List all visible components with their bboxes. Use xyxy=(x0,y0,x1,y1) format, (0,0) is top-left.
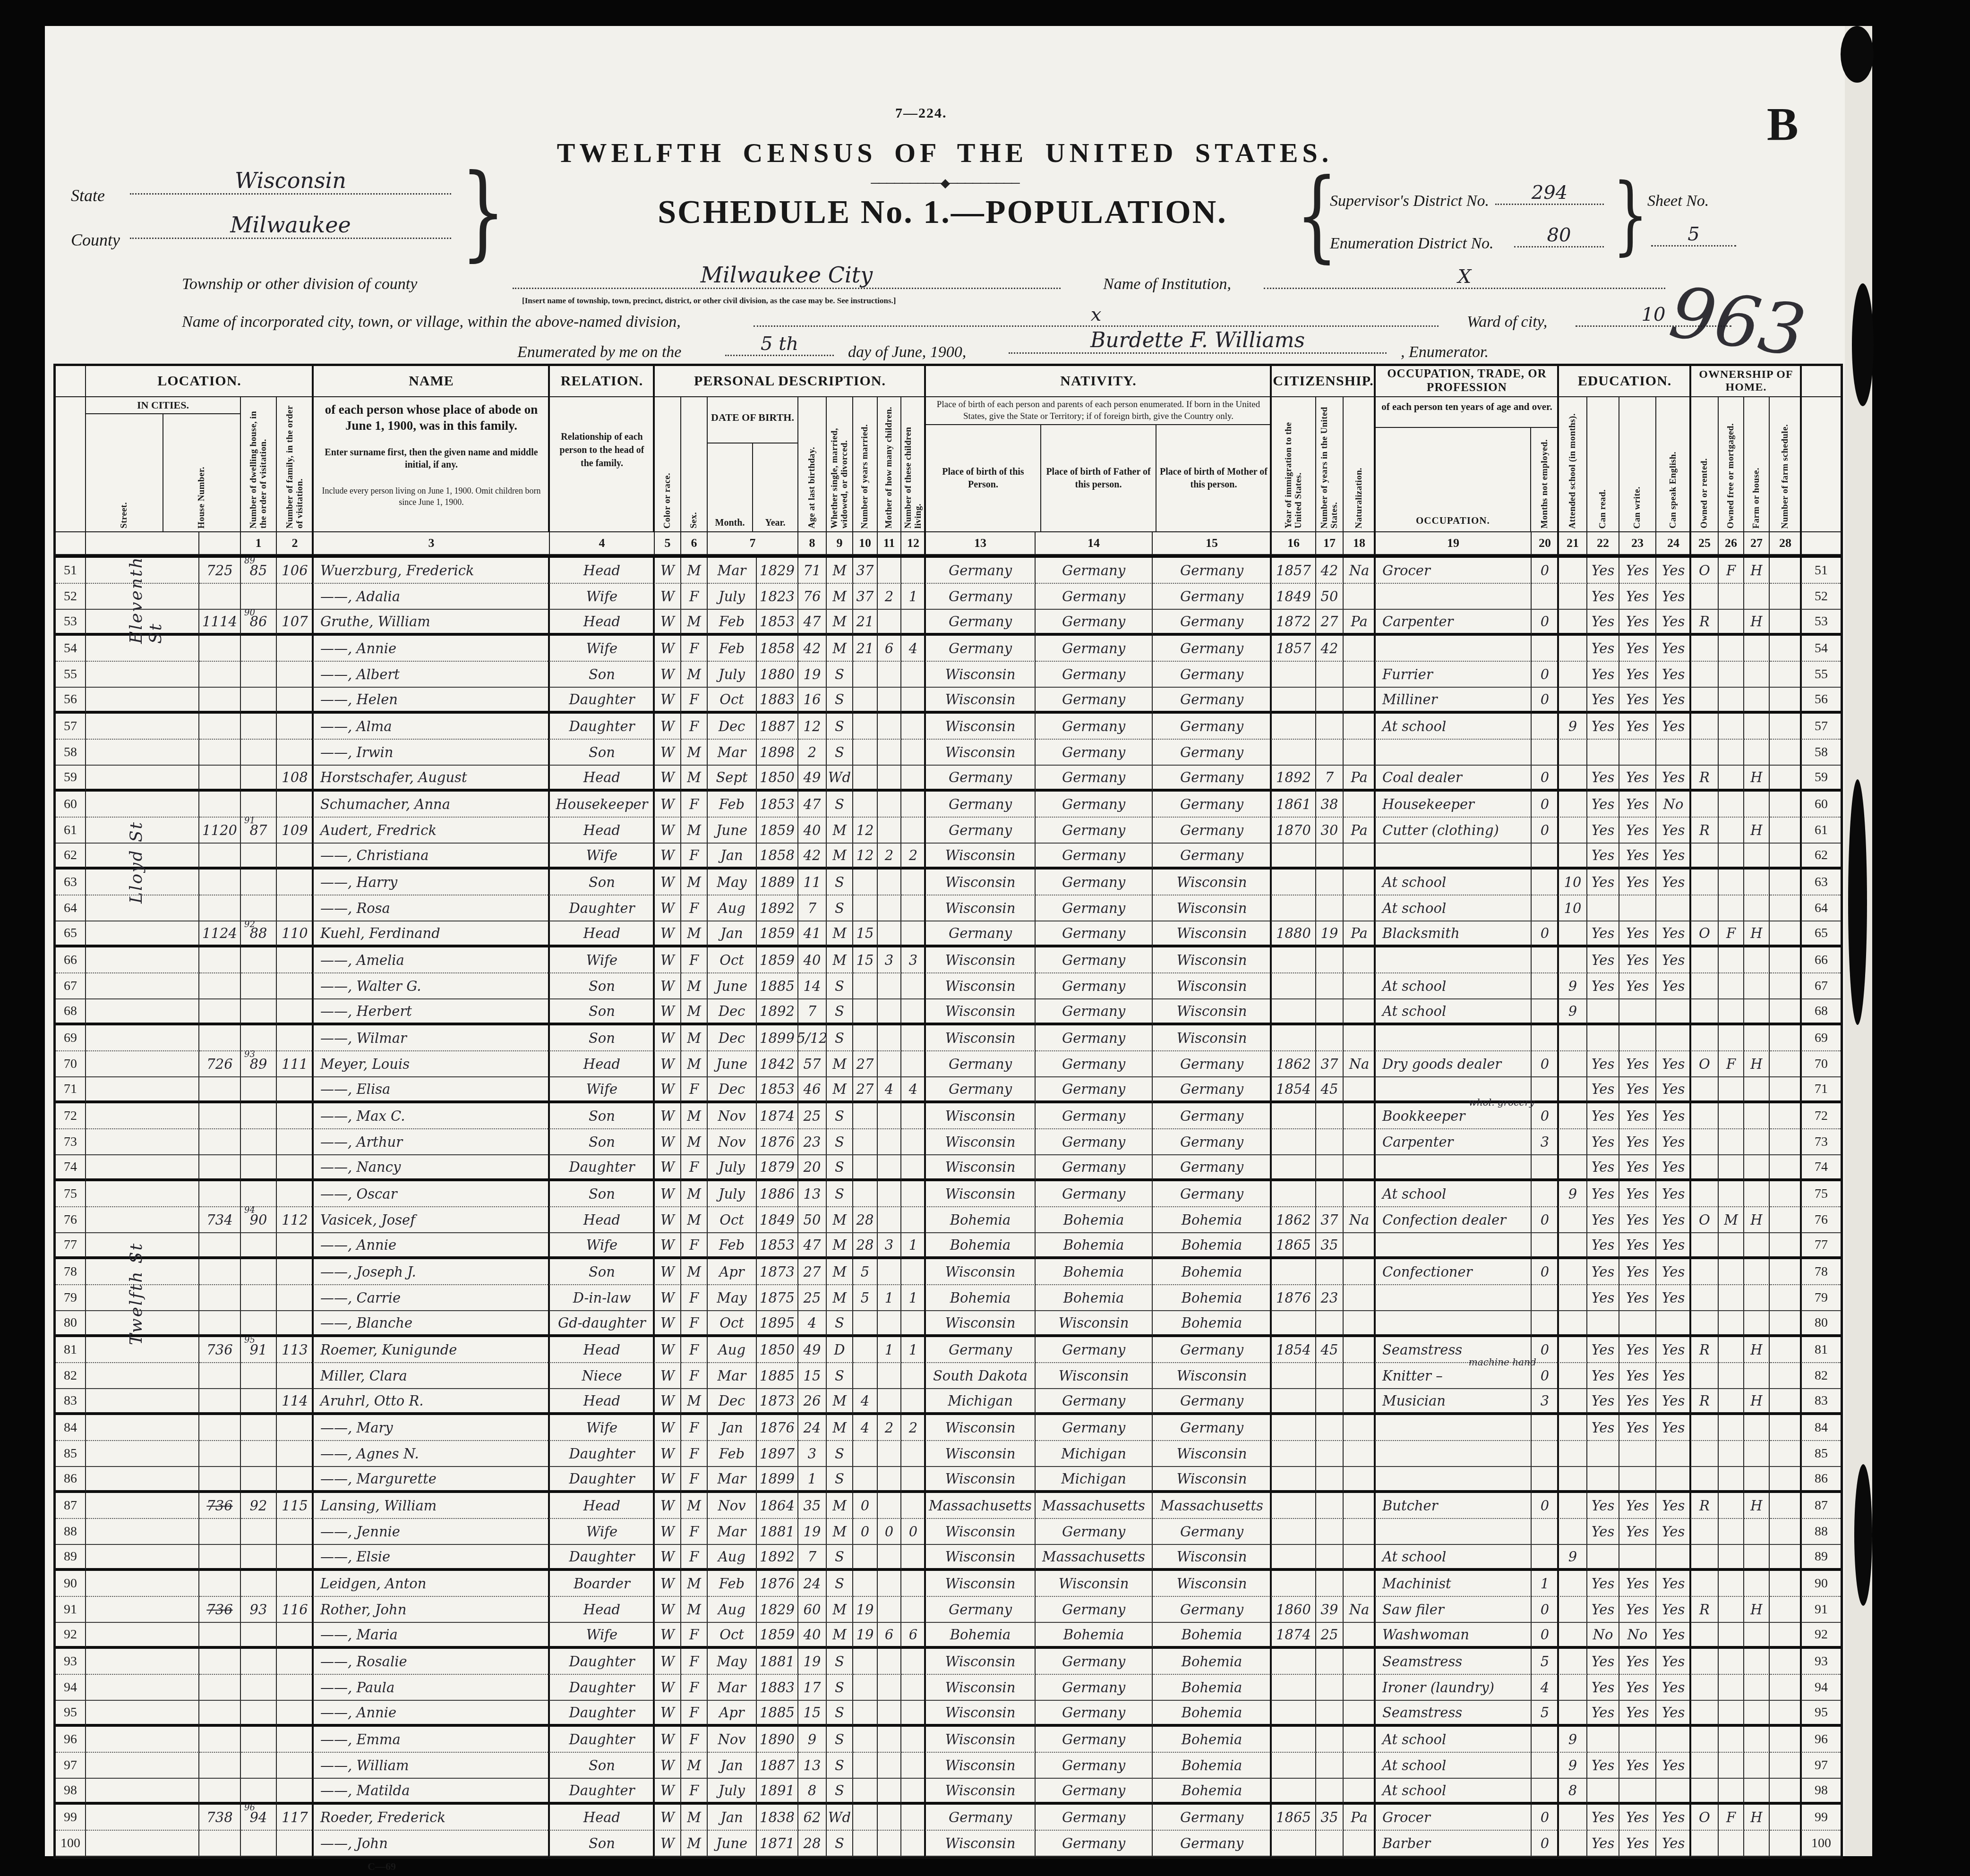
cell-m-75: S xyxy=(827,1181,853,1207)
cell-mc-60 xyxy=(878,792,901,818)
cell-bm-100: June xyxy=(708,1831,757,1857)
cell-c-86: W xyxy=(654,1467,681,1493)
cell-mu-65: 0 xyxy=(1532,921,1559,947)
cell-oc-59: Coal dealer xyxy=(1375,766,1532,792)
cell-nz-64 xyxy=(1344,895,1376,921)
cell-c-99: W xyxy=(654,1805,681,1831)
cell-by-80: 1895 xyxy=(757,1311,798,1337)
cell-s-64: F xyxy=(681,895,708,921)
cell-cl-59 xyxy=(901,766,926,792)
cell-nr-93: 93 xyxy=(1801,1649,1841,1675)
cell-ag-68: 7 xyxy=(798,999,827,1025)
ward-value: 10 xyxy=(1642,304,1666,325)
cell-yu-55 xyxy=(1316,662,1344,688)
cell-oc-52 xyxy=(1375,584,1532,610)
cell-ag-61: 40 xyxy=(798,818,827,844)
cell-rl-100: Son xyxy=(549,1831,655,1857)
cell-o2-96 xyxy=(1719,1727,1744,1753)
cell-iy-84 xyxy=(1271,1415,1316,1441)
cell-nz-99: Pa xyxy=(1344,1805,1376,1831)
township-label: Township or other division of county xyxy=(182,275,417,293)
cell-nm-71: ——, Elisa xyxy=(313,1077,550,1103)
cell-cl-74 xyxy=(901,1155,926,1181)
cell-rd-67: Yes xyxy=(1587,973,1619,999)
cell-wr-52: Yes xyxy=(1619,584,1656,610)
cell-mu-100: 0 xyxy=(1532,1831,1559,1857)
cell-nr-52: 52 xyxy=(1801,584,1841,610)
cell-mc-73 xyxy=(878,1129,901,1155)
cell-nz-60 xyxy=(1344,792,1376,818)
cell-mc-72 xyxy=(878,1103,901,1129)
cell-yu-63 xyxy=(1316,870,1344,895)
cell-o3-96 xyxy=(1744,1727,1770,1753)
cell-o3-65: H xyxy=(1744,921,1770,947)
cell-ym-87: 0 xyxy=(853,1493,878,1519)
cell-yu-60: 38 xyxy=(1316,792,1344,818)
cell-d-62 xyxy=(241,844,277,870)
cell-ag-88: 19 xyxy=(798,1519,827,1545)
cell-iy-58 xyxy=(1271,740,1316,766)
cell-nr-88: 88 xyxy=(1801,1519,1841,1545)
occupation-block: of each person ten years of age and over… xyxy=(1375,397,1559,532)
cell-h-99: 738 xyxy=(199,1805,241,1831)
cell-cl-80 xyxy=(901,1311,926,1337)
cell-d-53: 8690 xyxy=(241,610,277,636)
relation-col-head: Relationship of each person to the head … xyxy=(549,397,655,532)
cell-d-82 xyxy=(241,1363,277,1389)
cell-f-77 xyxy=(277,1233,314,1259)
cell-sc-87 xyxy=(1558,1493,1587,1519)
cell-m-72: S xyxy=(827,1103,853,1129)
cell-en-85 xyxy=(1656,1441,1691,1467)
cell-cl-83 xyxy=(901,1389,926,1415)
cell-oc-75: At school xyxy=(1375,1181,1532,1207)
cell-nm-99: Roeder, Frederick xyxy=(313,1805,550,1831)
cell-n-88: 88 xyxy=(56,1519,86,1545)
cell-pm-65: Wisconsin xyxy=(1153,921,1272,947)
cell-nm-53: Gruthe, William xyxy=(313,610,550,636)
cell-mu-73: 3 xyxy=(1532,1129,1559,1155)
cell-ym-52: 37 xyxy=(853,584,878,610)
cell-en-88: Yes xyxy=(1656,1519,1691,1545)
cell-sc-55 xyxy=(1558,662,1587,688)
cell-rl-79: D-in-law xyxy=(549,1285,655,1311)
cell-sc-94 xyxy=(1558,1675,1587,1701)
cell-ym-84: 4 xyxy=(853,1415,878,1441)
cell-sc-66 xyxy=(1558,947,1587,973)
table-row-92: 92——, MariaWifeWFOct185940M1966BohemiaBo… xyxy=(56,1623,1841,1649)
cell-oc-93: Seamstress xyxy=(1375,1649,1532,1675)
cell-o2-99: F xyxy=(1719,1805,1744,1831)
cell-st-93 xyxy=(86,1649,199,1675)
cell-st-66 xyxy=(86,947,199,973)
cell-ym-97 xyxy=(853,1753,878,1779)
cell-bm-77: Feb xyxy=(708,1233,757,1259)
cell-rl-53: Head xyxy=(549,610,655,636)
cell-nz-62 xyxy=(1344,844,1376,870)
cell-pb-71: Germany xyxy=(925,1077,1036,1103)
enumerated-day: 5 th xyxy=(761,333,798,355)
cell-pf-52: Germany xyxy=(1036,584,1153,610)
group-personal: PERSONAL DESCRIPTION. xyxy=(654,366,926,397)
cell-wr-92: No xyxy=(1619,1623,1656,1649)
cell-f-55 xyxy=(277,662,314,688)
cell-d-65: 8892 xyxy=(241,921,277,947)
cell-rl-63: Son xyxy=(549,870,655,895)
cell-c-56: W xyxy=(654,688,681,714)
cell-yu-89 xyxy=(1316,1545,1344,1571)
cell-nz-78 xyxy=(1344,1259,1376,1285)
cell-pb-68: Wisconsin xyxy=(925,999,1036,1025)
cell-rd-80 xyxy=(1587,1311,1619,1337)
cell-ym-70: 27 xyxy=(853,1051,878,1077)
cell-o1-62 xyxy=(1690,844,1719,870)
cell-ym-77: 28 xyxy=(853,1233,878,1259)
cell-o3-76: H xyxy=(1744,1207,1770,1233)
cell-c-81: W xyxy=(654,1337,681,1363)
cell-mu-85 xyxy=(1532,1441,1559,1467)
cell-iy-90 xyxy=(1271,1571,1316,1597)
cell-rl-83: Head xyxy=(549,1389,655,1415)
cell-c-92: W xyxy=(654,1623,681,1649)
month-col-head: Month. xyxy=(708,443,753,531)
cell-mc-62: 2 xyxy=(878,844,901,870)
cell-sc-95 xyxy=(1558,1701,1587,1727)
cell-pb-74: Wisconsin xyxy=(925,1155,1036,1181)
cell-ym-68 xyxy=(853,999,878,1025)
cell-o4-83 xyxy=(1770,1389,1802,1415)
street-name-twelfth-st: Twelfth St xyxy=(127,1085,146,1345)
cell-s-73: M xyxy=(681,1129,708,1155)
cell-s-68: M xyxy=(681,999,708,1025)
cell-by-68: 1892 xyxy=(757,999,798,1025)
cell-mu-96 xyxy=(1532,1727,1559,1753)
year-col-head: Year. xyxy=(753,443,797,531)
cell-by-81: 1850 xyxy=(757,1337,798,1363)
cell-cl-95 xyxy=(901,1701,926,1727)
cell-oc-74 xyxy=(1375,1155,1532,1181)
cell-nr-85: 85 xyxy=(1801,1441,1841,1467)
cell-nm-61: Audert, Fredrick xyxy=(313,818,550,844)
cell-o1-93 xyxy=(1690,1649,1719,1675)
cell-pb-93: Wisconsin xyxy=(925,1649,1036,1675)
table-row-66: 66——, AmeliaWifeWFOct185940M1533Wisconsi… xyxy=(56,947,1841,973)
cell-nz-98 xyxy=(1344,1779,1376,1805)
cell-ag-79: 25 xyxy=(798,1285,827,1311)
cell-rd-63: Yes xyxy=(1587,870,1619,895)
cell-o2-81 xyxy=(1719,1337,1744,1363)
cell-rl-82: Niece xyxy=(549,1363,655,1389)
cell-s-90: M xyxy=(681,1571,708,1597)
cell-rl-67: Son xyxy=(549,973,655,999)
cell-pb-67: Wisconsin xyxy=(925,973,1036,999)
cell-m-100: S xyxy=(827,1831,853,1857)
occupation-col-head: OCCUPATION. xyxy=(1376,428,1531,531)
cell-ag-96: 9 xyxy=(798,1727,827,1753)
cell-m-76: M xyxy=(827,1207,853,1233)
cell-yu-53: 27 xyxy=(1316,610,1344,636)
cell-bm-56: Oct xyxy=(708,688,757,714)
table-row-60: 60Schumacher, AnnaHousekeeperWFFeb185347… xyxy=(56,792,1841,818)
cell-st-87 xyxy=(86,1493,199,1519)
cell-o2-84 xyxy=(1719,1415,1744,1441)
cell-mu-62 xyxy=(1532,844,1559,870)
cell-sc-63: 10 xyxy=(1558,870,1587,895)
cell-en-62: Yes xyxy=(1656,844,1691,870)
cell-d-86 xyxy=(241,1467,277,1493)
col-number-lno xyxy=(56,532,86,555)
cell-pm-95: Bohemia xyxy=(1153,1701,1272,1727)
cell-c-54: W xyxy=(654,636,681,662)
cell-sc-65 xyxy=(1558,921,1587,947)
cell-nm-90: Leidgen, Anton xyxy=(313,1571,550,1597)
cell-cl-90 xyxy=(901,1571,926,1597)
cell-c-55: W xyxy=(654,662,681,688)
cell-o2-54 xyxy=(1719,636,1744,662)
col-number-11: 11 xyxy=(878,532,901,555)
cell-yu-52: 50 xyxy=(1316,584,1344,610)
left-lineno-head xyxy=(56,366,86,397)
cell-yu-100 xyxy=(1316,1831,1344,1857)
cell-ag-76: 50 xyxy=(798,1207,827,1233)
cell-mu-88 xyxy=(1532,1519,1559,1545)
cell-h-89 xyxy=(199,1545,241,1571)
cell-o1-90 xyxy=(1690,1571,1719,1597)
cell-yu-65: 19 xyxy=(1316,921,1344,947)
cell-mc-64 xyxy=(878,895,901,921)
cell-ym-80 xyxy=(853,1311,878,1337)
cell-c-60: W xyxy=(654,792,681,818)
cell-o3-70: H xyxy=(1744,1051,1770,1077)
cell-pb-95: Wisconsin xyxy=(925,1701,1036,1727)
cell-mc-100 xyxy=(878,1831,901,1857)
cell-nm-95: ——, Annie xyxy=(313,1701,550,1727)
cell-nm-73: ——, Arthur xyxy=(313,1129,550,1155)
cell-pb-63: Wisconsin xyxy=(925,870,1036,895)
cell-cl-71: 4 xyxy=(901,1077,926,1103)
cell-h-90 xyxy=(199,1571,241,1597)
cell-n-56: 56 xyxy=(56,688,86,714)
cell-nz-75 xyxy=(1344,1181,1376,1207)
cell-by-79: 1875 xyxy=(757,1285,798,1311)
cell-mu-75 xyxy=(1532,1181,1559,1207)
cell-o4-68 xyxy=(1770,999,1802,1025)
cell-wr-97: Yes xyxy=(1619,1753,1656,1779)
cell-o3-90 xyxy=(1744,1571,1770,1597)
col-number-18: 18 xyxy=(1344,532,1376,555)
cell-iy-71: 1854 xyxy=(1271,1077,1316,1103)
cell-yu-99: 35 xyxy=(1316,1805,1344,1831)
cell-s-63: M xyxy=(681,870,708,895)
cell-ag-81: 49 xyxy=(798,1337,827,1363)
group-education: EDUCATION. xyxy=(1558,366,1691,397)
cell-sc-96: 9 xyxy=(1558,1727,1587,1753)
cell-o1-94 xyxy=(1690,1675,1719,1701)
cell-o1-74 xyxy=(1690,1155,1719,1181)
cell-o4-58 xyxy=(1770,740,1802,766)
cell-pm-57: Germany xyxy=(1153,714,1272,740)
cell-mu-80 xyxy=(1532,1311,1559,1337)
cell-mc-63 xyxy=(878,870,901,895)
cell-by-70: 1842 xyxy=(757,1051,798,1077)
cell-oc-67: At school xyxy=(1375,973,1532,999)
cell-d-95 xyxy=(241,1701,277,1727)
cell-h-67 xyxy=(199,973,241,999)
cell-cl-70 xyxy=(901,1051,926,1077)
cell-by-72: 1874 xyxy=(757,1103,798,1129)
cell-ag-93: 19 xyxy=(798,1649,827,1675)
table-row-75: 75——, OscarSonWMJuly188613SWisconsinGerm… xyxy=(56,1181,1841,1207)
table-row-77: 77——, AnnieWifeWFFeb185347M2831BohemiaBo… xyxy=(56,1233,1841,1259)
cell-rd-100: Yes xyxy=(1587,1831,1619,1857)
cell-en-51: Yes xyxy=(1656,558,1691,584)
cell-bm-61: June xyxy=(708,818,757,844)
cell-f-96 xyxy=(277,1727,314,1753)
cell-en-87: Yes xyxy=(1656,1493,1691,1519)
cell-n-84: 84 xyxy=(56,1415,86,1441)
cell-nz-93 xyxy=(1344,1649,1376,1675)
cell-h-80 xyxy=(199,1311,241,1337)
cell-yu-84 xyxy=(1316,1415,1344,1441)
cell-c-59: W xyxy=(654,766,681,792)
scan-blot xyxy=(1854,1464,1872,1606)
cell-en-75: Yes xyxy=(1656,1181,1691,1207)
cell-c-63: W xyxy=(654,870,681,895)
cell-ag-90: 24 xyxy=(798,1571,827,1597)
cell-en-96 xyxy=(1656,1727,1691,1753)
cell-rd-52: Yes xyxy=(1587,584,1619,610)
cell-m-77: M xyxy=(827,1233,853,1259)
cell-st-85 xyxy=(86,1441,199,1467)
cell-st-70 xyxy=(86,1051,199,1077)
cell-ag-92: 40 xyxy=(798,1623,827,1649)
cell-wr-61: Yes xyxy=(1619,818,1656,844)
cell-mc-53 xyxy=(878,610,901,636)
cell-pb-60: Germany xyxy=(925,792,1036,818)
cell-bm-89: Aug xyxy=(708,1545,757,1571)
cell-ag-71: 46 xyxy=(798,1077,827,1103)
table-row-59: 59108Horstschafer, AugustHeadWMSept18504… xyxy=(56,766,1841,792)
cell-en-80 xyxy=(1656,1311,1691,1337)
cell-c-76: W xyxy=(654,1207,681,1233)
cell-rd-75: Yes xyxy=(1587,1181,1619,1207)
cell-mc-67 xyxy=(878,973,901,999)
cell-rl-61: Head xyxy=(549,818,655,844)
dwelling-correction-65: 92 xyxy=(244,920,255,929)
cell-mc-80 xyxy=(878,1311,901,1337)
cell-by-92: 1859 xyxy=(757,1623,798,1649)
cell-mu-78: 0 xyxy=(1532,1259,1559,1285)
cell-yu-57 xyxy=(1316,714,1344,740)
col-number-22: 22 xyxy=(1587,532,1619,555)
cell-pf-59: Germany xyxy=(1036,766,1153,792)
cell-nm-51: Wuerzburg, Frederick xyxy=(313,558,550,584)
cell-c-72: W xyxy=(654,1103,681,1129)
table-row-64: 64——, RosaDaughterWFAug18927SWisconsinGe… xyxy=(56,895,1841,921)
cell-h-68 xyxy=(199,999,241,1025)
cell-m-68: S xyxy=(827,999,853,1025)
farm-house-col-head: Farm or house. xyxy=(1744,397,1770,532)
cell-yu-75 xyxy=(1316,1181,1344,1207)
cell-o3-85 xyxy=(1744,1441,1770,1467)
cell-ag-100: 28 xyxy=(798,1831,827,1857)
cell-iy-73 xyxy=(1271,1129,1316,1155)
cell-nm-60: Schumacher, Anna xyxy=(313,792,550,818)
cell-mu-71 xyxy=(1532,1077,1559,1103)
cell-pf-94: Germany xyxy=(1036,1675,1153,1701)
cell-ag-75: 13 xyxy=(798,1181,827,1207)
cell-o1-78 xyxy=(1690,1259,1719,1285)
cell-f-89 xyxy=(277,1545,314,1571)
cell-h-52 xyxy=(199,584,241,610)
cell-pb-69: Wisconsin xyxy=(925,1025,1036,1051)
cell-n-87: 87 xyxy=(56,1493,86,1519)
cell-pm-80: Bohemia xyxy=(1153,1311,1272,1337)
cell-d-57 xyxy=(241,714,277,740)
cell-sc-84 xyxy=(1558,1415,1587,1441)
cell-rd-95: Yes xyxy=(1587,1701,1619,1727)
cell-nz-84 xyxy=(1344,1415,1376,1441)
cell-rd-57: Yes xyxy=(1587,714,1619,740)
cell-iy-66 xyxy=(1271,947,1316,973)
cell-mu-74 xyxy=(1532,1155,1559,1181)
cell-pf-69: Germany xyxy=(1036,1025,1153,1051)
cell-nz-65: Pa xyxy=(1344,921,1376,947)
cell-st-86 xyxy=(86,1467,199,1493)
cell-o3-83: H xyxy=(1744,1389,1770,1415)
cell-s-56: F xyxy=(681,688,708,714)
cell-nz-88 xyxy=(1344,1519,1376,1545)
cell-f-79 xyxy=(277,1285,314,1311)
cell-by-74: 1879 xyxy=(757,1155,798,1181)
cell-mu-93: 5 xyxy=(1532,1649,1559,1675)
cell-n-77: 77 xyxy=(56,1233,86,1259)
cell-mu-67 xyxy=(1532,973,1559,999)
cell-yu-98 xyxy=(1316,1779,1344,1805)
cell-pb-70: Germany xyxy=(925,1051,1036,1077)
cell-c-94: W xyxy=(654,1675,681,1701)
cell-pm-78: Bohemia xyxy=(1153,1259,1272,1285)
cell-nr-98: 98 xyxy=(1801,1779,1841,1805)
cell-o2-63 xyxy=(1719,870,1744,895)
cell-yu-95 xyxy=(1316,1701,1344,1727)
cell-f-94 xyxy=(277,1675,314,1701)
cell-m-69: S xyxy=(827,1025,853,1051)
cell-wr-60: Yes xyxy=(1619,792,1656,818)
cell-iy-97 xyxy=(1271,1753,1316,1779)
cell-bm-73: Nov xyxy=(708,1129,757,1155)
cell-cl-76 xyxy=(901,1207,926,1233)
cell-pf-57: Germany xyxy=(1036,714,1153,740)
cell-nr-58: 58 xyxy=(1801,740,1841,766)
cell-m-80: S xyxy=(827,1311,853,1337)
cell-cl-77: 1 xyxy=(901,1233,926,1259)
cell-sc-81 xyxy=(1558,1337,1587,1363)
col-number-25: 25 xyxy=(1690,532,1719,555)
cell-pb-87: Massachusetts xyxy=(925,1493,1036,1519)
cell-en-82: Yes xyxy=(1656,1363,1691,1389)
cell-by-71: 1853 xyxy=(757,1077,798,1103)
cell-sc-77 xyxy=(1558,1233,1587,1259)
cell-pf-93: Germany xyxy=(1036,1649,1153,1675)
cell-wr-57: Yes xyxy=(1619,714,1656,740)
cell-s-86: F xyxy=(681,1467,708,1493)
cell-oc-62 xyxy=(1375,844,1532,870)
cell-oc-80 xyxy=(1375,1311,1532,1337)
cell-s-81: F xyxy=(681,1337,708,1363)
cell-iy-51: 1857 xyxy=(1271,558,1316,584)
cell-en-53: Yes xyxy=(1656,610,1691,636)
